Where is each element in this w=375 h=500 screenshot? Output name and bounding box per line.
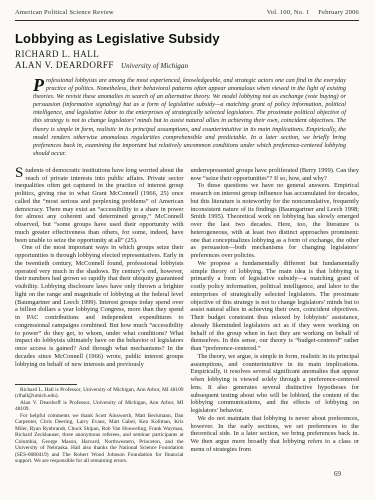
journal-header: American Political Science Review Vol. 1… — [15, 9, 359, 17]
author-2: ALAN V. DEARDORFFUniversity of Michigan — [15, 60, 359, 72]
author-2-name: ALAN V. DEARDORFF — [15, 60, 114, 70]
body-columns: Students of democratic institutions have… — [15, 167, 359, 465]
abstract: Professional lobbyists are among the mos… — [33, 77, 346, 158]
right-paragraph-1: underrepresented groups have proliferate… — [191, 167, 360, 183]
left-paragraph-2: One of the most important ways in which … — [15, 244, 184, 368]
article-title: Lobbying as Legislative Subsidy — [15, 31, 359, 46]
header-rule — [15, 20, 359, 21]
left-column: Students of democratic institutions have… — [15, 167, 184, 465]
footnote-rule — [15, 384, 77, 385]
volume-number: Vol. 100, No. 1 — [267, 9, 310, 16]
footnotes: Richard L. Hall is Professor, University… — [15, 384, 184, 465]
issue-info: Vol. 100, No. 1February 2006 — [258, 9, 359, 17]
page-number: 69 — [334, 470, 341, 478]
author-1: RICHARD L. HALL — [15, 49, 359, 60]
issue-date: February 2006 — [318, 9, 359, 16]
right-paragraph-3: We propose a fundamentally different but… — [191, 260, 360, 353]
right-column: underrepresented groups have proliferate… — [191, 167, 360, 465]
abstract-dropcap: P — [33, 77, 46, 93]
right-paragraph-5: We do not maintain that lobbying is neve… — [191, 415, 360, 454]
footnote-1: Richard L. Hall is Professor, University… — [15, 387, 184, 400]
footnote-2: Alan V. Deardorff is Professor, Universi… — [15, 400, 184, 413]
right-paragraph-4: The theory, we argue, is simple in form,… — [191, 353, 360, 415]
paper-page: American Political Science Review Vol. 1… — [0, 0, 375, 500]
author-block: RICHARD L. HALL ALAN V. DEARDORFFUnivers… — [15, 49, 359, 71]
left-paragraph-1-text: tudents of democratic institutions have … — [15, 167, 184, 244]
right-paragraph-2: To these questions we have no general an… — [191, 182, 360, 260]
footnote-3: For helpful comments we thank Scott Ains… — [15, 413, 184, 465]
body-dropcap: S — [15, 167, 25, 180]
author-1-name: RICHARD L. HALL — [15, 49, 99, 59]
journal-name: American Political Science Review — [15, 9, 114, 17]
author-2-affiliation: University of Michigan — [121, 62, 188, 70]
left-paragraph-1: Students of democratic institutions have… — [15, 167, 184, 245]
page-footer: 69 — [15, 465, 359, 478]
abstract-text: rofessional lobbyists are among the most… — [33, 77, 346, 157]
